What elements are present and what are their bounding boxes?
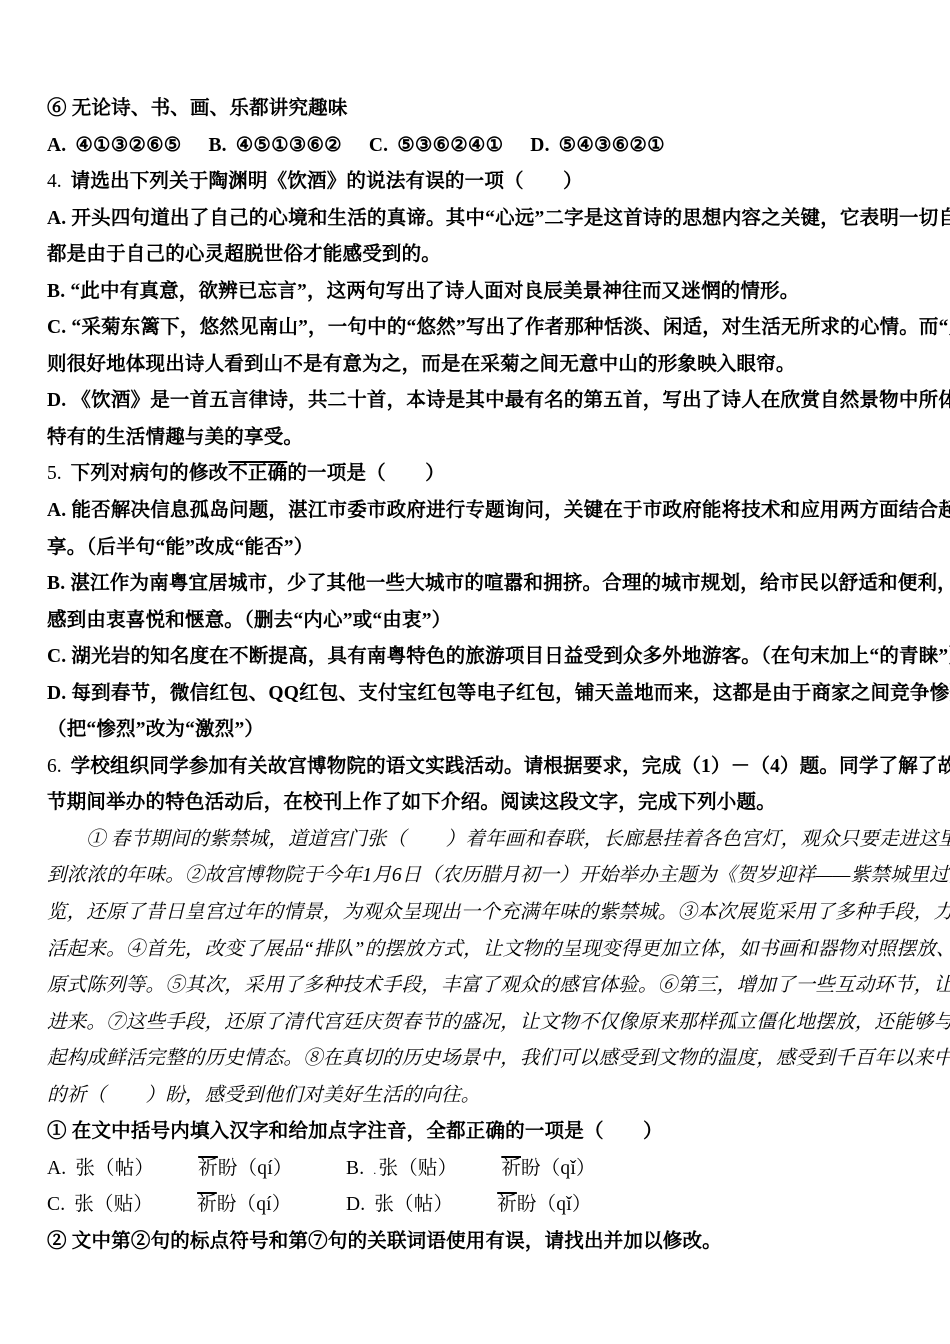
option-sequence: ⑤④③⑥②① — [559, 135, 665, 156]
exam-document-page: ⑥ 无论诗、书、画、乐都讲究趣味 A.④①③②⑥⑤ B.④⑤①③⑥② C.⑤③⑥… — [0, 0, 950, 1261]
q4-option-c-line1: C. “采菊东篱下，悠然见南山”，一句中的“悠然”写出了作者那种恬淡、闲适，对生… — [47, 310, 932, 347]
q6-passage-line5: 原式陈列等。⑤其次，采用了多种技术手段，丰富了观众的感官体验。⑥第三，增加了一些… — [47, 968, 932, 1005]
option-pinyin-word: 祈盼（qí） — [197, 1194, 291, 1215]
q6-stem-text-line1: 学校组织同学参加有关故宫博物院的语文实践活动。请根据要求，完成（1）－（4）题。… — [71, 756, 950, 777]
q4-option-d-line2: 特有的生活情趣与美的享受。 — [47, 420, 932, 457]
q4-option-a-line1: A. 开头四句道出了自己的心境和生活的真谛。其中“心远”二字是这首诗的思想内容之… — [47, 201, 932, 238]
option-letter: A. — [47, 1158, 66, 1179]
option-sequence: ⑤③⑥②④① — [397, 135, 503, 156]
q3-option-c: C.⑤③⑥②④① — [369, 128, 503, 165]
q6-sub1-stem: ① 在文中括号内填入汉字和给加点字注音，全都正确的一项是（ ） — [47, 1114, 932, 1151]
option-letter: C. — [369, 135, 388, 156]
q5-option-d-line2: （把“惨烈”改为“激烈”） — [47, 712, 932, 749]
q6-sub1-options-row2: C.张（贴）祈盼（qí） D.张（帖）祈盼（qǐ） — [47, 1187, 932, 1224]
q6-passage-line3: 览，还原了昔日皇宫过年的情景，为观众呈现出一个充满年味的紫禁城。③本次展览采用了… — [47, 895, 932, 932]
option-pinyin-word: 祈盼（qǐ） — [497, 1194, 591, 1215]
q5-stem-suffix: 的一项是（ ） — [287, 463, 445, 484]
option-fill-word: 张（贴） — [74, 1194, 153, 1215]
q5-option-d-line1: D. 每到春节，微信红包、QQ红包、支付宝红包等电子红包，铺天盖地而来，这都是由… — [47, 676, 932, 713]
q6-passage-line1: ① 春节期间的紫禁城，道道宫门张（ ）着年画和春联，长廊悬挂着各色宫灯，观众只要… — [47, 822, 932, 859]
option-pinyin-word: 祈盼（qí） — [198, 1158, 292, 1179]
emphasized-char: 祈 — [501, 1158, 521, 1179]
q6-passage-line8: 的祈（ ）盼，感受到他们对美好生活的向往。 — [47, 1078, 932, 1115]
option-pinyin-word: 祈盼（qǐ） — [501, 1158, 595, 1179]
q4-option-a-line2: 都是由于自己的心灵超脱世俗才能感受到的。 — [47, 237, 932, 274]
q6-passage-line7: 起构成鲜活完整的历史情态。⑧在真切的历史场景中，我们可以感受到文物的温度，感受到… — [47, 1041, 932, 1078]
option-letter: C. — [47, 1194, 65, 1215]
option-sequence: ④⑤①③⑥② — [236, 135, 342, 156]
q5-option-a-line2: 享。（后半句“能”改成“能否”） — [47, 530, 932, 567]
question-number: 6. — [47, 756, 62, 777]
q6-sub1-option-a: A.张（帖）祈盼（qí） — [47, 1151, 346, 1189]
q5-stem: 5.下列对病句的修改不正确的一项是（ ） — [47, 456, 932, 493]
q6-sub2-stem: ② 文中第②句的标点符号和第⑦句的关联词语使用有误，请找出并加以修改。 — [47, 1224, 932, 1261]
q4-option-b: B. “此中有真意，欲辨已忘言”，这两句写出了诗人面对良辰美景神往而又迷惘的情形… — [47, 274, 932, 311]
option-fill-word: 张（帖） — [374, 1194, 453, 1215]
option-letter: D. — [346, 1194, 365, 1215]
q3-option-b: B.④⑤①③⑥② — [208, 128, 341, 165]
q5-stem-prefix: 下列对病句的修改 — [71, 463, 229, 484]
q5-option-b-line1: B. 湛江作为南粤宜居城市，少了其他一些大城市的喧嚣和拥挤。合理的城市规划，给市… — [47, 566, 932, 603]
q6-stem-line1: 6.学校组织同学参加有关故宫博物院的语文实践活动。请根据要求，完成（1）－（4）… — [47, 749, 932, 786]
option-fill-word: 张（贴） — [379, 1158, 458, 1179]
q5-option-b-line2: 感到由衷喜悦和惬意。（删去“内心”或“由衷”） — [47, 603, 932, 640]
q6-passage-line2: 到浓浓的年味。②故宫博物院于今年1月6日（农历腊月初一）开始举办主题为《贺岁迎祥… — [47, 858, 932, 895]
pinyin-rest: 盼（qǐ） — [517, 1194, 592, 1215]
option-sequence: ④①③②⑥⑤ — [75, 135, 181, 156]
q3-options-row: A.④①③②⑥⑤ B.④⑤①③⑥② C.⑤③⑥②④① D.⑤④③⑥②① — [47, 128, 932, 165]
option-letter: D. — [530, 135, 549, 156]
emphasized-char: 祈 — [197, 1194, 217, 1215]
question-number: 4. — [47, 171, 62, 192]
question-number: 5. — [47, 463, 62, 484]
q6-stem-line2: 节期间举办的特色活动后，在校刊上作了如下介绍。阅读这段文字，完成下列小题。 — [47, 785, 932, 822]
q6-passage-line4: 活起来。④首先，改变了展品“排队”的摆放方式，让文物的呈现变得更加立体，如书画和… — [47, 932, 932, 969]
pinyin-rest: 盼（qí） — [217, 1194, 292, 1215]
q5-stem-emphasis: 不正确 — [228, 463, 287, 484]
emphasized-char: 祈 — [497, 1194, 517, 1215]
q3-sentence-6: ⑥ 无论诗、书、画、乐都讲究趣味 — [47, 91, 932, 128]
q6-sub1-option-b: B..张（贴）祈盼（qǐ） — [346, 1151, 932, 1189]
q5-option-c: C. 湖光岩的知名度在不断提高，具有南粤特色的旅游项目日益受到众多外地游客。（在… — [47, 639, 932, 676]
q6-sub1-option-d: D.张（帖）祈盼（qǐ） — [346, 1187, 932, 1224]
q6-passage-line6: 进来。⑦这些手段，还原了清代宫廷庆贺春节的盛况，让文物不仅像原来那样孤立僵化地摆… — [47, 1005, 932, 1042]
emphasized-char: 祈 — [198, 1158, 218, 1179]
q6-sub1-options-row1: A.张（帖）祈盼（qí） B..张（贴）祈盼（qǐ） — [47, 1151, 932, 1188]
q6-sub1-option-c: C.张（贴）祈盼（qí） — [47, 1187, 346, 1224]
stray-dot: . — [373, 1163, 376, 1177]
q4-option-c-line2: 则很好地体现出诗人看到山不是有意为之，而是在采菊之间无意中山的形象映入眼帘。 — [47, 347, 932, 384]
q3-option-d: D.⑤④③⑥②① — [530, 128, 664, 165]
q5-option-a-line1: A. 能否解决信息孤岛问题，湛江市委市政府进行专题询问，关键在于市政府能将技术和… — [47, 493, 932, 530]
q4-stem-text: 请选出下列关于陶渊明《饮酒》的说法有误的一项（ ） — [71, 171, 583, 192]
q4-stem: 4.请选出下列关于陶渊明《饮酒》的说法有误的一项（ ） — [47, 164, 932, 201]
option-letter: B. — [346, 1158, 364, 1179]
option-fill-word: 张（帖） — [75, 1158, 154, 1179]
pinyin-rest: 盼（qǐ） — [521, 1158, 596, 1179]
option-letter: B. — [208, 135, 226, 156]
option-letter: A. — [47, 135, 66, 156]
q4-option-d-line1: D. 《饮酒》是一首五言律诗，共二十首，本诗是其中最有名的第五首，写出了诗人在欣… — [47, 383, 932, 420]
q3-option-a: A.④①③②⑥⑤ — [47, 128, 181, 165]
pinyin-rest: 盼（qí） — [218, 1158, 293, 1179]
